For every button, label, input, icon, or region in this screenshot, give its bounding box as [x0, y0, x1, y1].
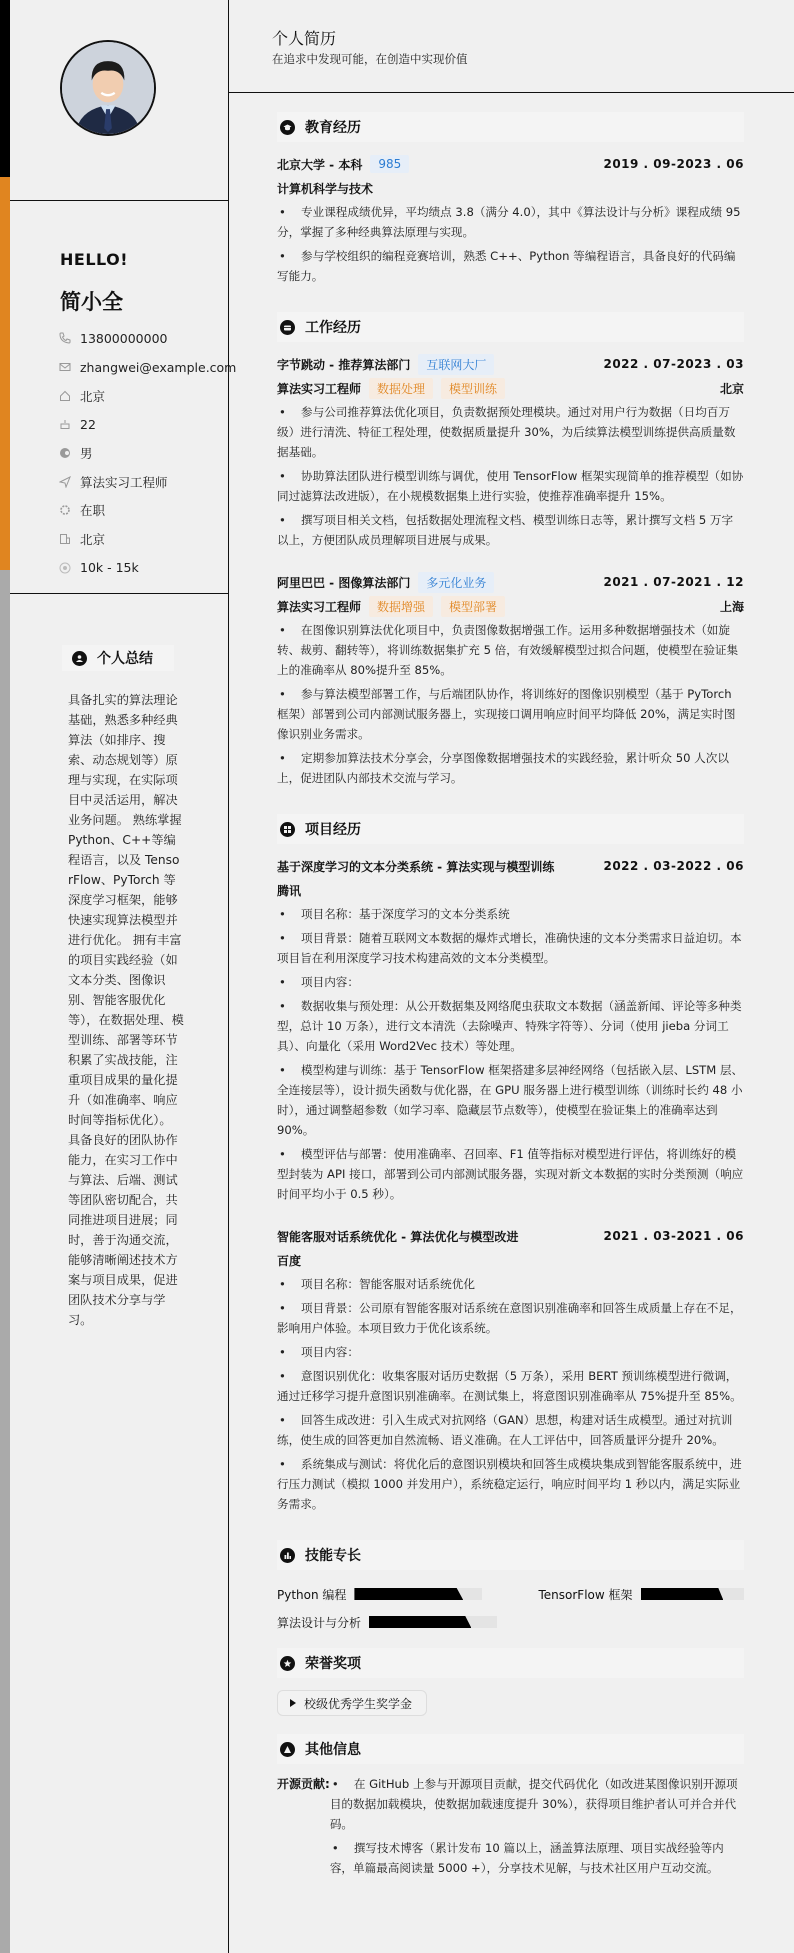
work-role-row: 算法实习工程师 数据处理 模型训练 北京 — [277, 376, 744, 400]
info-gender: 男 — [58, 439, 236, 468]
accent-strip — [0, 0, 10, 1953]
project-org-row: 腾讯 — [277, 878, 744, 902]
project-bullets: 项目名称：智能客服对话系统优化 项目背景：公司原有智能客服对话系统在意图识别准确… — [277, 1274, 744, 1514]
skill-item: 算法设计与分析 — [277, 1608, 511, 1636]
other-key: 开源贡献: — [277, 1774, 330, 1882]
accent-strip-black — [0, 0, 10, 177]
major: 计算机科学与技术 — [277, 180, 373, 197]
grid-icon — [280, 822, 295, 837]
list-item: 项目背景：随着互联网文本数据的爆炸式增长，准确快速的文本分类需求日益迫切。本项目… — [277, 928, 744, 968]
info-email: zhangwei@example.com — [58, 353, 236, 382]
company-name: 阿里巴巴 - 图像算法部门 — [277, 574, 410, 591]
school-tag: 985 — [370, 155, 409, 173]
list-item: 在图像识别算法优化项目中，负责图像数据增强工作。运用多种数据增强技术（如旋转、裁… — [277, 620, 744, 680]
role: 算法实习工程师 — [277, 598, 361, 615]
section-header-other: 其他信息 — [277, 1734, 744, 1764]
skill-bar — [369, 1616, 497, 1628]
accent-strip-gray — [0, 570, 10, 1953]
salary-icon — [58, 561, 72, 575]
list-item: 项目名称：基于深度学习的文本分类系统 — [277, 904, 744, 924]
skill-bar — [354, 1588, 482, 1600]
education-row: 北京大学 - 本科 985 2019 . 09-2023 . 06 — [277, 152, 744, 176]
project-name: 基于深度学习的文本分类系统 - 算法实现与模型训练 — [277, 858, 554, 875]
list-item: 参与算法模型部署工作，与后端团队协作，将训练好的图像识别模型（基于 PyTorc… — [277, 684, 744, 744]
company-tag: 互联网大厂 — [418, 354, 494, 375]
avatar — [60, 40, 156, 136]
section-header-work: 工作经历 — [277, 312, 744, 342]
skill-item: Python 编程 — [277, 1580, 511, 1608]
greeting: HELLO! — [60, 250, 128, 269]
section-projects: 项目经历 基于深度学习的文本分类系统 - 算法实现与模型训练 2022 . 03… — [277, 814, 744, 1514]
list-item: 模型评估与部署：使用准确率、召回率、F1 值等指标对模型进行评估，将训练好的模型… — [277, 1144, 744, 1204]
caret-right-icon — [290, 1699, 296, 1707]
city-icon — [58, 532, 72, 546]
education-bullets: 专业课程成绩优异，平均绩点 3.8（满分 4.0），其中《算法设计与分析》课程成… — [277, 202, 744, 286]
list-item: 意图识别优化：收集客服对话历史数据（5 万条），采用 BERT 预训练模型进行微… — [277, 1366, 744, 1406]
project-org-row: 百度 — [277, 1248, 744, 1272]
full-name: 简小全 — [60, 286, 123, 316]
skills-list: Python 编程 TensorFlow 框架 算法设计与分析 — [277, 1580, 744, 1636]
divider — [229, 92, 794, 93]
major-row: 计算机科学与技术 — [277, 176, 744, 200]
user-icon — [72, 651, 87, 666]
list-item: 定期参加算法技术分享会，分享图像数据增强技术的实践经验，累计听众 50 人次以上… — [277, 748, 744, 788]
section-header-honors: 荣誉奖项 — [277, 1648, 744, 1678]
section-education: 教育经历 北京大学 - 本科 985 2019 . 09-2023 . 06 计… — [277, 112, 744, 286]
briefcase-icon — [280, 320, 295, 335]
project-date: 2022 . 03-2022 . 06 — [603, 859, 744, 873]
list-item: 撰写项目相关文档，包括数据处理流程文档、模型训练日志等，累计撰写文档 5 万字以… — [277, 510, 744, 550]
section-skills: 技能专长 Python 编程 TensorFlow 框架 算法设计与分析 — [277, 1540, 744, 1636]
info-home: 北京 — [58, 381, 236, 410]
skill-tag: 模型部署 — [441, 596, 505, 617]
job-icon — [58, 475, 72, 489]
list-item: 项目名称：智能客服对话系统优化 — [277, 1274, 744, 1294]
accent-strip-orange — [0, 177, 10, 570]
list-item: 参与公司推荐算法优化项目，负责数据预处理模块。通过对用户行为数据（日均百万级）进… — [277, 402, 744, 462]
section-header-education: 教育经历 — [277, 112, 744, 142]
section-work: 工作经历 字节跳动 - 推荐算法部门 互联网大厂 2022 . 07-2023 … — [277, 312, 744, 788]
other-bullets: 在 GitHub 上参与开源项目贡献，提交代码优化（如改进某图像识别开源项目的数… — [330, 1774, 744, 1882]
gender-icon — [58, 446, 72, 460]
list-item: 数据收集与预处理：从公开数据集及网络爬虫获取文本数据（涵盖新闻、评论等多种类型，… — [277, 996, 744, 1056]
bar-chart-icon — [280, 1548, 295, 1563]
status-icon — [58, 503, 72, 517]
work-bullets: 在图像识别算法优化项目中，负责图像数据增强工作。运用多种数据增强技术（如旋转、裁… — [277, 620, 744, 788]
section-header-skills: 技能专长 — [277, 1540, 744, 1570]
skill-tag: 模型训练 — [441, 378, 505, 399]
skill-bar — [641, 1588, 744, 1600]
award-item[interactable]: 校级优秀学生奖学金 — [277, 1690, 427, 1716]
avatar-photo-icon — [62, 42, 154, 134]
list-item: 协助算法团队进行模型训练与调优，使用 TensorFlow 框架实现简单的推荐模… — [277, 466, 744, 506]
skill-tag: 数据增强 — [369, 596, 433, 617]
list-item: 专业课程成绩优异，平均绩点 3.8（满分 4.0），其中《算法设计与分析》课程成… — [277, 202, 744, 242]
personal-info-list: 13800000000 zhangwei@example.com 北京 22 男 — [58, 324, 236, 582]
work-company-row: 阿里巴巴 - 图像算法部门 多元化业务 2021 . 07-2021 . 12 — [277, 570, 744, 594]
section-header-summary: 个人总结 — [62, 645, 174, 671]
project-bullets: 项目名称：基于深度学习的文本分类系统 项目背景：随着互联网文本数据的爆炸式增长，… — [277, 904, 744, 1204]
info-star-icon — [280, 1742, 295, 1757]
email-icon — [58, 360, 72, 374]
info-salary: 10k - 15k — [58, 554, 236, 583]
work-date: 2021 . 07-2021 . 12 — [603, 575, 744, 589]
info-status: 在职 — [58, 496, 236, 525]
graduation-cap-icon — [280, 120, 295, 135]
section-honors: 荣誉奖项 校级优秀学生奖学金 — [277, 1648, 744, 1716]
work-bullets: 参与公司推荐算法优化项目，负责数据预处理模块。通过对用户行为数据（日均百万级）进… — [277, 402, 744, 550]
page-title: 个人简历 — [272, 26, 336, 49]
project-row: 智能客服对话系统优化 - 算法优化与模型改进 2021 . 03-2021 . … — [277, 1224, 744, 1248]
age-icon — [58, 417, 72, 431]
list-item: 模型构建与训练：基于 TensorFlow 框架搭建多层神经网络（包括嵌入层、L… — [277, 1060, 744, 1140]
info-phone: 13800000000 — [58, 324, 236, 353]
work-city: 上海 — [720, 598, 744, 615]
skill-tag: 数据处理 — [369, 378, 433, 399]
other-item: 开源贡献: 在 GitHub 上参与开源项目贡献，提交代码优化（如改进某图像识别… — [277, 1774, 744, 1882]
list-item: 撰写技术博客（累计发布 10 篇以上，涵盖算法原理、项目实战经验等内容，单篇最高… — [330, 1838, 744, 1878]
section-other: 其他信息 开源贡献: 在 GitHub 上参与开源项目贡献，提交代码优化（如改进… — [277, 1734, 744, 1882]
list-item: 系统集成与测试：将优化后的意图识别模块和回答生成模块集成到智能客服系统中，进行压… — [277, 1454, 744, 1514]
work-date: 2022 . 07-2023 . 03 — [603, 357, 744, 371]
phone-icon — [58, 331, 72, 345]
list-item: 项目内容： — [277, 972, 744, 992]
column-divider — [228, 0, 229, 1953]
list-item: 项目内容： — [277, 1342, 744, 1362]
info-city: 北京 — [58, 525, 236, 554]
list-item: 在 GitHub 上参与开源项目贡献，提交代码优化（如改进某图像识别开源项目的数… — [330, 1774, 744, 1834]
divider — [10, 200, 228, 201]
skill-item: TensorFlow 框架 — [511, 1580, 745, 1608]
award-icon — [280, 1656, 295, 1671]
project-row: 基于深度学习的文本分类系统 - 算法实现与模型训练 2022 . 03-2022… — [277, 854, 744, 878]
project-date: 2021 . 03-2021 . 06 — [603, 1229, 744, 1243]
project-org: 腾讯 — [277, 882, 301, 899]
resume-content: 教育经历 北京大学 - 本科 985 2019 . 09-2023 . 06 计… — [277, 112, 744, 1882]
company-tag: 多元化业务 — [418, 572, 494, 593]
info-age: 22 — [58, 410, 236, 439]
divider — [10, 593, 228, 594]
info-job: 算法实习工程师 — [58, 467, 236, 496]
project-name: 智能客服对话系统优化 - 算法优化与模型改进 — [277, 1228, 518, 1245]
work-city: 北京 — [720, 380, 744, 397]
role: 算法实习工程师 — [277, 380, 361, 397]
profile-sidebar: HELLO! 简小全 13800000000 zhangwei@example.… — [10, 0, 228, 1953]
work-role-row: 算法实习工程师 数据增强 模型部署 上海 — [277, 594, 744, 618]
project-org: 百度 — [277, 1252, 301, 1269]
summary-text: 具备扎实的算法理论基础，熟悉多种经典算法（如排序、搜索、动态规划等）原理与实现，… — [68, 690, 184, 1330]
home-icon — [58, 389, 72, 403]
education-date: 2019 . 09-2023 . 06 — [603, 157, 744, 171]
page-subtitle: 在追求中发现可能，在创造中实现价值 — [272, 51, 468, 67]
list-item: 回答生成改进：引入生成式对抗网络（GAN）思想，构建对话生成模型。通过对抗训练，… — [277, 1410, 744, 1450]
section-header-projects: 项目经历 — [277, 814, 744, 844]
list-item: 项目背景：公司原有智能客服对话系统在意图识别准确率和回答生成质量上存在不足，影响… — [277, 1298, 744, 1338]
list-item: 参与学校组织的编程竞赛培训，熟悉 C++、Python 等编程语言，具备良好的代… — [277, 246, 744, 286]
company-name: 字节跳动 - 推荐算法部门 — [277, 356, 410, 373]
school-name: 北京大学 - 本科 — [277, 156, 362, 173]
work-company-row: 字节跳动 - 推荐算法部门 互联网大厂 2022 . 07-2023 . 03 — [277, 352, 744, 376]
